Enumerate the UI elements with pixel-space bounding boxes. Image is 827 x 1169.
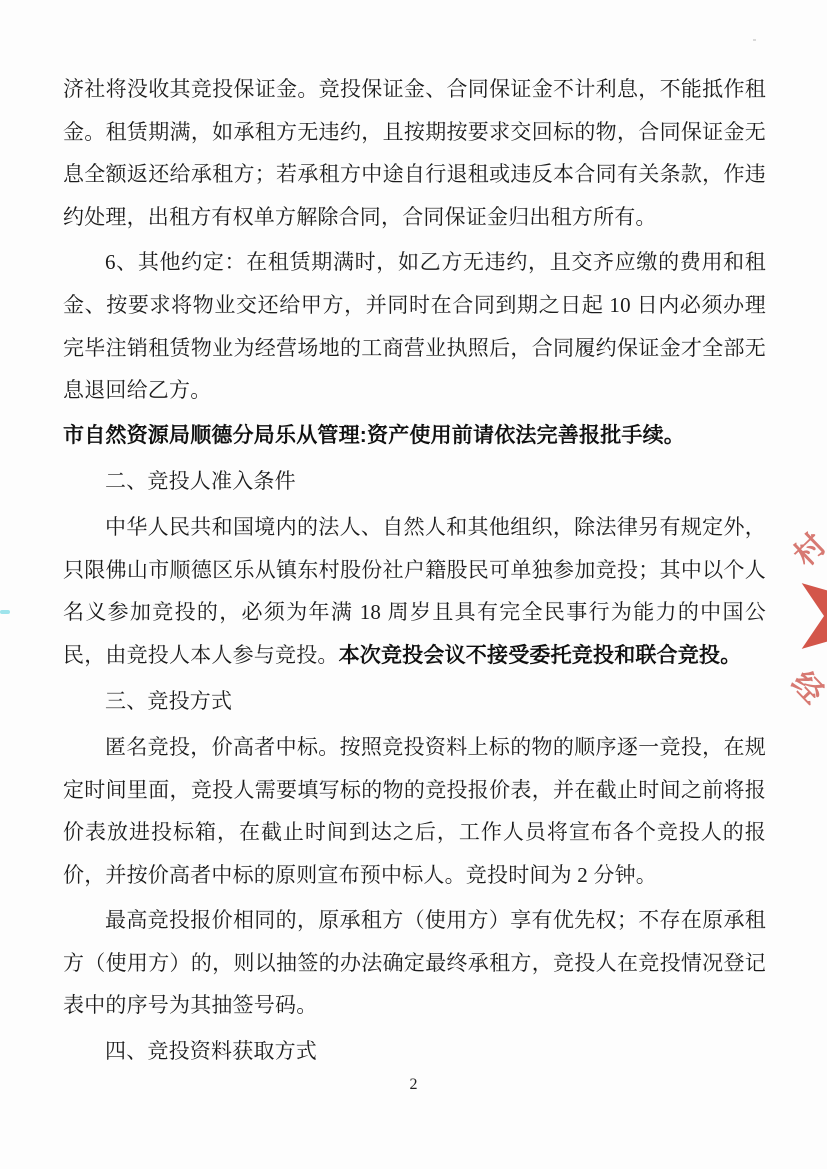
page-number: 2: [0, 1076, 827, 1094]
scan-artifact-speck: [753, 39, 756, 41]
paragraph-bureau-note: 市自然资源局顺德分局乐从管理:资产使用前请依法完善报批手续。: [63, 415, 766, 458]
document-page: 济社将没收其竞投保证金。竞投保证金、合同保证金不计利息，不能抵作租金。租赁期满，…: [0, 0, 827, 1169]
paragraph-eligibility: 中华人民共和国境内的法人、自然人和其他组织，除法律另有规定外，只限佛山市顺德区乐…: [63, 506, 766, 677]
seal-text-fragment-bottom: 经: [787, 666, 827, 711]
official-seal-fragment: 村 经: [787, 506, 827, 718]
scan-artifact-cyan-mark: [0, 610, 10, 614]
seal-star-icon: [802, 563, 827, 670]
paragraph-other-agreements: 6、其他约定：在租赁期满时，如乙方无违约，且交齐应缴的费用和租金、按要求将物业交…: [63, 241, 766, 411]
paragraph-bidding-method: 匿名竞投，价高者中标。按照竞投资料上标的物的顺序逐一竞投，在规定时间里面，竞投人…: [63, 726, 766, 896]
seal-text-fragment-top: 村: [788, 528, 827, 573]
heading-section-2-bidder-eligibility: 二、竞投人准入条件: [63, 460, 766, 503]
paragraph-tie-break-rule: 最高竞投报价相同的，原承租方（使用方）享有优先权；不存在原承租方（使用方）的，则…: [63, 899, 766, 1027]
heading-section-4-material-access: 四、竞投资料获取方式: [63, 1030, 766, 1073]
paragraph-eligibility-bold-text: 本次竞投会议不接受委托竞投和联合竞投。: [339, 644, 742, 667]
heading-section-3-bidding-method: 三、竞投方式: [63, 680, 766, 723]
document-text-block: 济社将没收其竞投保证金。竞投保证金、合同保证金不计利息，不能抵作租金。租赁期满，…: [63, 68, 766, 1073]
paragraph-deposit-forfeit: 济社将没收其竞投保证金。竞投保证金、合同保证金不计利息，不能抵作租金。租赁期满，…: [63, 68, 766, 238]
